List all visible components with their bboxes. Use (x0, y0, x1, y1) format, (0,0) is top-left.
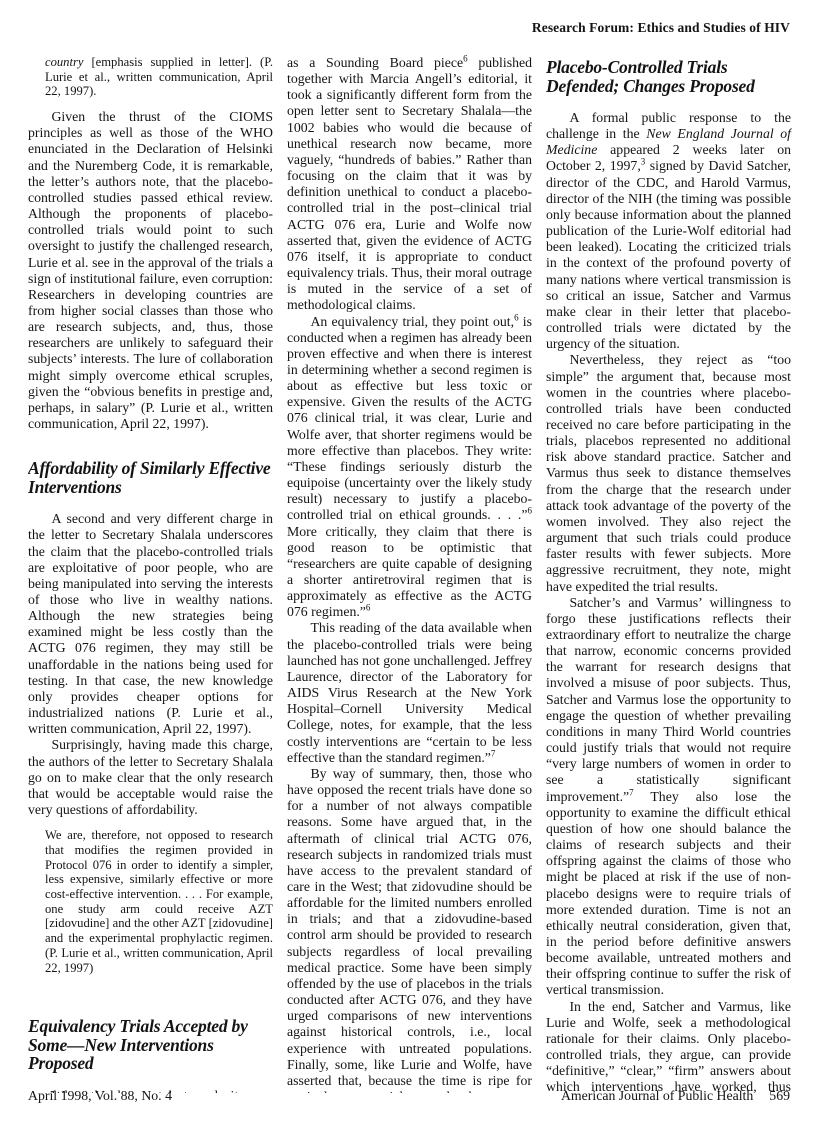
section-heading-affordability: Affordability of Similarly Effective Int… (28, 459, 273, 496)
paragraph: A second and very different charge in th… (28, 511, 273, 737)
page-number: 569 (769, 1088, 790, 1103)
paragraph: A formal public response to the challeng… (546, 110, 791, 352)
column-1: country [emphasis supplied in letter]. (… (28, 55, 273, 1093)
paragraph: Surprisingly, having made this charge, t… (28, 737, 273, 818)
block-quote-continuation: country [emphasis supplied in letter]. (… (45, 55, 273, 99)
column-2: as a Sounding Board piece6 published tog… (287, 55, 532, 1093)
paragraph: By way of summary, then, those who have … (287, 766, 532, 1093)
paragraph: Satcher’s and Varmus’ willingness to for… (546, 595, 791, 999)
journal-page: Research Forum: Ethics and Studies of HI… (0, 0, 816, 1126)
footer-journal-info: American Journal of Public Health569 (561, 1088, 790, 1104)
article-columns: country [emphasis supplied in letter]. (… (28, 55, 792, 1093)
paragraph: Nevertheless, they reject as “too simple… (546, 352, 791, 594)
page-footer: April 1998, Vol. 88, No. 4 American Jour… (28, 1088, 790, 1104)
running-head: Research Forum: Ethics and Studies of HI… (532, 20, 790, 36)
column-3: Placebo-Controlled Trials Defended; Chan… (546, 55, 791, 1093)
footer-issue-info: April 1998, Vol. 88, No. 4 (28, 1088, 172, 1104)
paragraph: This reading of the data available when … (287, 620, 532, 765)
section-heading-placebo-defended: Placebo-Controlled Trials Defended; Chan… (546, 58, 791, 95)
paragraph: An equivalency trial, they point out,6 i… (287, 314, 532, 621)
paragraph: as a Sounding Board piece6 published tog… (287, 55, 532, 314)
paragraph: In the end, Satcher and Varmus, like Lur… (546, 999, 791, 1093)
section-heading-equivalency: Equivalency Trials Accepted by Some—New … (28, 1017, 273, 1073)
paragraph: Given the thrust of the CIOMS principles… (28, 109, 273, 432)
block-quote: We are, therefore, not opposed to resear… (45, 828, 273, 975)
journal-title: American Journal of Public Health (561, 1088, 753, 1103)
